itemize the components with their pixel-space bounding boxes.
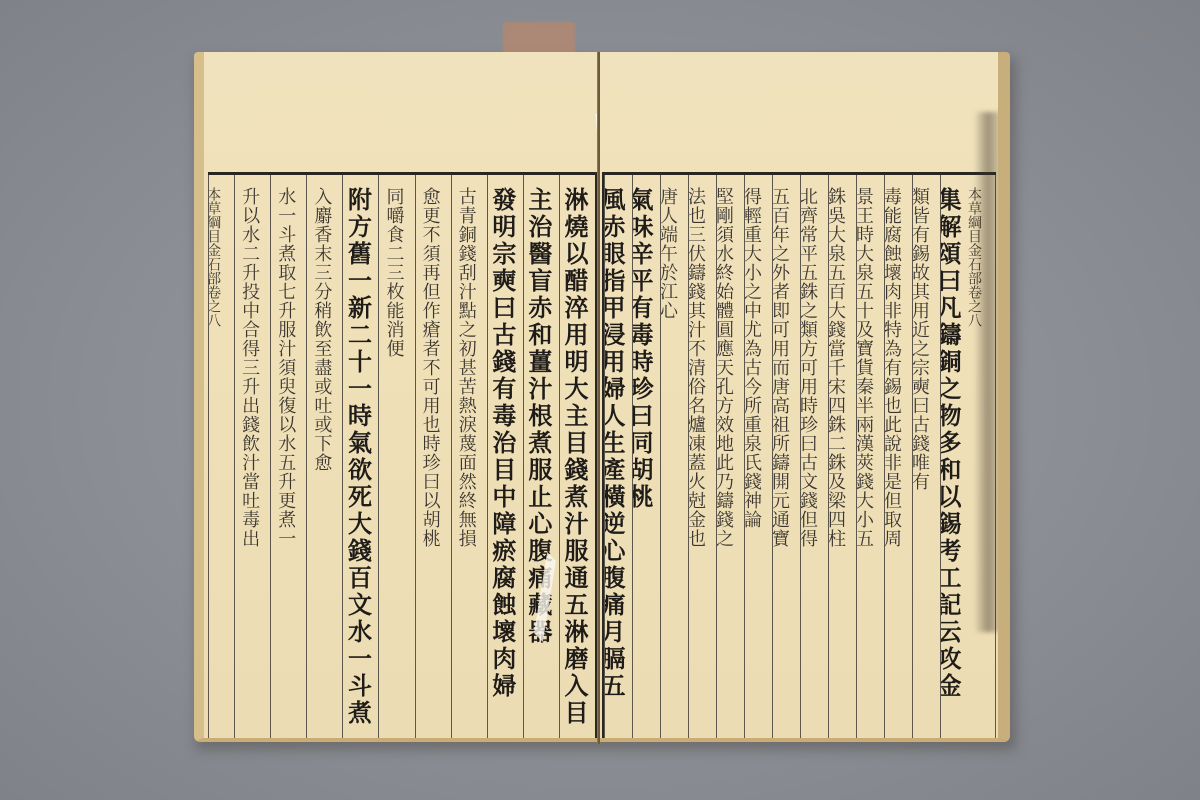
text-column: 毒能腐蝕壞肉非特為有錫也此說非是但取周: [884, 175, 912, 742]
text-column: 風赤眼指甲浸用婦人生產橫逆心腹痛月膈五: [604, 175, 632, 742]
text-column: 銖吳大泉五百大錢當千宋四銖二銖及梁四柱: [828, 175, 856, 742]
text-column: 堅剛須水終始體圓應天孔方效地此乃鑄錢之: [716, 175, 744, 742]
text-column: 類皆有錫故其用近之宗奭曰古錢唯有: [912, 175, 940, 742]
text-column: 集解頌曰凡鑄銅之物多和以錫考工記云攻金: [940, 175, 968, 742]
text-column: 法也三伏鑄錢其汁不清俗名爐凍蓋火尅金也: [688, 175, 716, 742]
left-page: 淋燒以醋淬用明大主目錢煮汁服通五淋磨入目 主治醫盲赤和薑汁根煮服止心腹痛藏器 發…: [194, 52, 598, 742]
text-column: 入麝香末三分稍飲至盡或吐或下愈: [306, 175, 342, 742]
right-text-frame: 本草綱目金石部卷之八 集解頌曰凡鑄銅之物多和以錫考工記云攻金 類皆有錫故其用近之…: [602, 172, 996, 742]
text-column: 同嚼食二三枚能消便: [378, 175, 414, 742]
text-column: 得輕重大小之中尤為古今所重泉氏錢神論: [744, 175, 772, 742]
ink-smudge-edge: [974, 112, 1002, 632]
right-columns: 本草綱目金石部卷之八 集解頌曰凡鑄銅之物多和以錫考工記云攻金 類皆有錫故其用近之…: [604, 175, 996, 742]
text-column: 主治醫盲赤和薑汁根煮服止心腹痛藏器: [523, 175, 559, 742]
left-text-frame: 淋燒以醋淬用明大主目錢煮汁服通五淋磨入目 主治醫盲赤和薑汁根煮服止心腹痛藏器 發…: [208, 172, 598, 742]
text-column: 唐人端午於江心: [660, 175, 688, 742]
text-column: 愈更不須再但作瘡者不可用也時珍曰以胡桃: [415, 175, 451, 742]
text-column: 北齊常平五銖之類方可用時珍曰古文錢但得: [800, 175, 828, 742]
text-column: 水一斗煮取七升服汁須臾復以水五升更煮一: [270, 175, 306, 742]
text-column: 氣味辛平有毒時珍曰同胡桃: [632, 175, 660, 742]
text-column: 升以水二升投中合得三升出錢飲汁當吐毒出: [234, 175, 270, 742]
text-column: 發明宗奭曰古錢有毒治目中障瘀腐蝕壞肉婦: [487, 175, 523, 742]
right-page: 本草綱目金石部卷之八 集解頌曰凡鑄銅之物多和以錫考工記云攻金 類皆有錫故其用近之…: [600, 52, 1010, 742]
margin-title: 本草綱目金石部卷之八: [208, 175, 234, 742]
left-columns: 淋燒以醋淬用明大主目錢煮汁服通五淋磨入目 主治醫盲赤和薑汁根煮服止心腹痛藏器 發…: [208, 175, 595, 742]
text-column: 五百年之外者即可用而唐高祖所鑄開元通寶: [772, 175, 800, 742]
text-column: 古青銅錢刮汁點之初甚苦熱淚蔑面然終無損: [451, 175, 487, 742]
text-column: 淋燒以醋淬用明大主目錢煮汁服通五淋磨入目: [559, 175, 595, 742]
text-column: 附方舊一新二十一時氣欲死大錢百文水一斗煮八升: [342, 175, 378, 742]
text-column: 景王時大泉五十及寶貨秦半兩漢莢錢大小五: [856, 175, 884, 742]
